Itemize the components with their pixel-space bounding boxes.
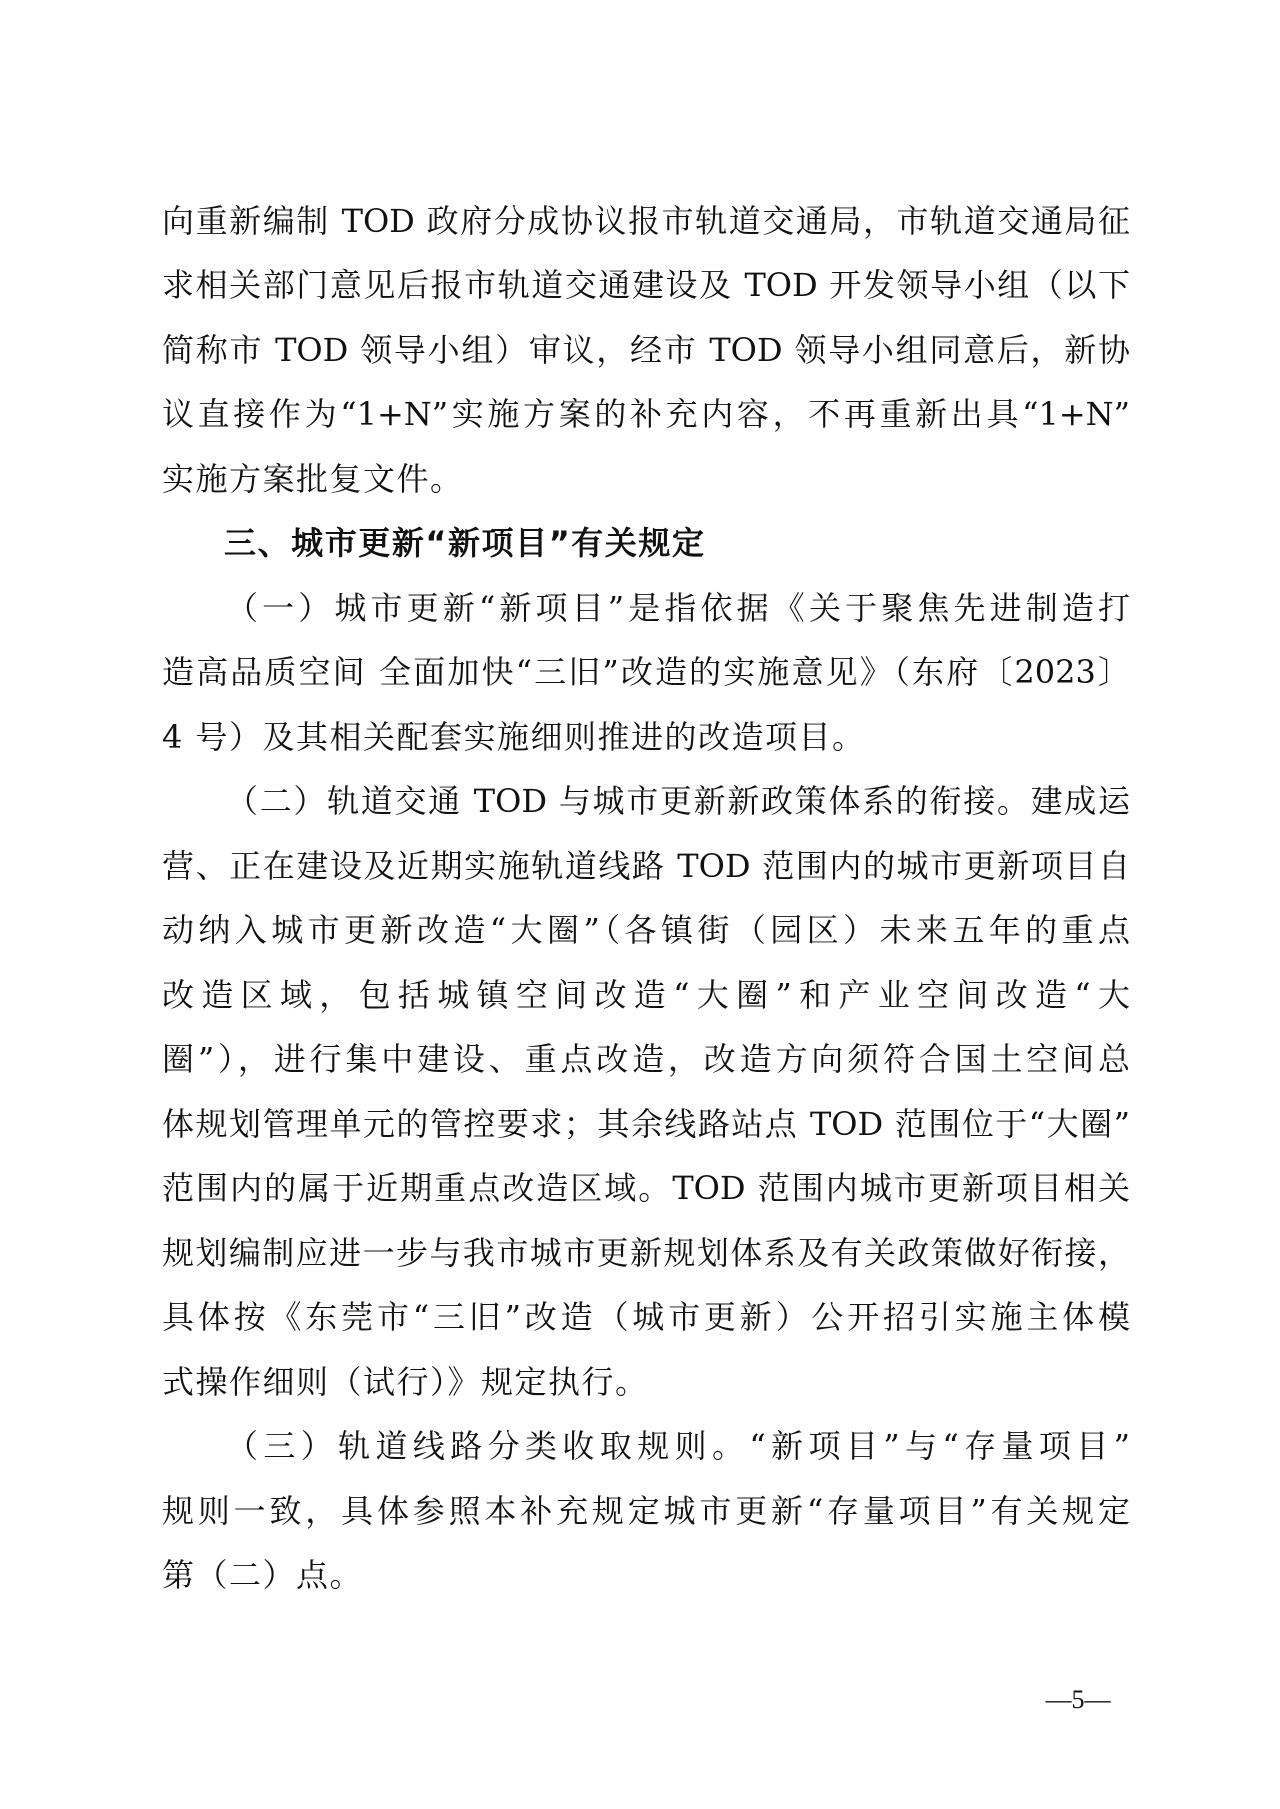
text-line: 简称市 TOD 领导小组）审议，经市 TOD 领导小组同意后，新协 <box>162 327 1130 373</box>
text-line: 议直接作为“1+N”实施方案的补充内容，不再重新出具“1+N” <box>162 391 1130 437</box>
text-line: 营、正在建设及近期实施轨道线路 TOD 范围内的城市更新项目自 <box>162 843 1130 889</box>
document-page: 向重新编制 TOD 政府分成协议报市轨道交通局，市轨道交通局征 求相关部门意见后… <box>0 0 1280 1809</box>
text-line: 向重新编制 TOD 政府分成协议报市轨道交通局，市轨道交通局征 <box>162 198 1130 244</box>
text-line: 改造区域，包括城镇空间改造“大圈”和产业空间改造“大 <box>162 972 1130 1018</box>
text-line: 造高品质空间 全面加快“三旧”改造的实施意见》（东府〔2023〕 <box>162 649 1130 695</box>
text-line: 4 号）及其相关配套实施细则推进的改造项目。 <box>162 714 1130 760</box>
text-line: （一）城市更新“新项目”是指依据《关于聚焦先进制造打 <box>226 585 1130 631</box>
text-line: 规划编制应进一步与我市城市更新规划体系及有关政策做好衔接， <box>162 1230 1130 1276</box>
text-line: 体规划管理单元的管控要求；其余线路站点 TOD 范围位于“大圈” <box>162 1101 1130 1147</box>
text-line: 实施方案批复文件。 <box>162 456 1130 502</box>
text-line: （三）轨道线路分类收取规则。“新项目”与“存量项目” <box>226 1423 1130 1469</box>
text-line: 式操作细则（试行）》规定执行。 <box>162 1359 1130 1405</box>
text-line: 第（二）点。 <box>162 1552 1130 1598</box>
page-number: —5— <box>1040 1684 1116 1716</box>
text-line: 圈”），进行集中建设、重点改造，改造方向须符合国土空间总 <box>162 1036 1130 1082</box>
text-line: 范围内的属于近期重点改造区域。TOD 范围内城市更新项目相关 <box>162 1165 1130 1211</box>
section-heading: 三、城市更新“新项目”有关规定 <box>224 520 704 566</box>
text-line: （二）轨道交通 TOD 与城市更新新政策体系的衔接。建成运 <box>226 778 1130 824</box>
text-line: 求相关部门意见后报市轨道交通建设及 TOD 开发领导小组（以下 <box>162 262 1130 308</box>
text-line: 规则一致，具体参照本补充规定城市更新“存量项目”有关规定 <box>162 1488 1130 1534</box>
text-line: 动纳入城市更新改造“大圈”（各镇街（园区）未来五年的重点 <box>162 907 1130 953</box>
text-line: 具体按《东莞市“三旧”改造（城市更新）公开招引实施主体模 <box>162 1294 1130 1340</box>
